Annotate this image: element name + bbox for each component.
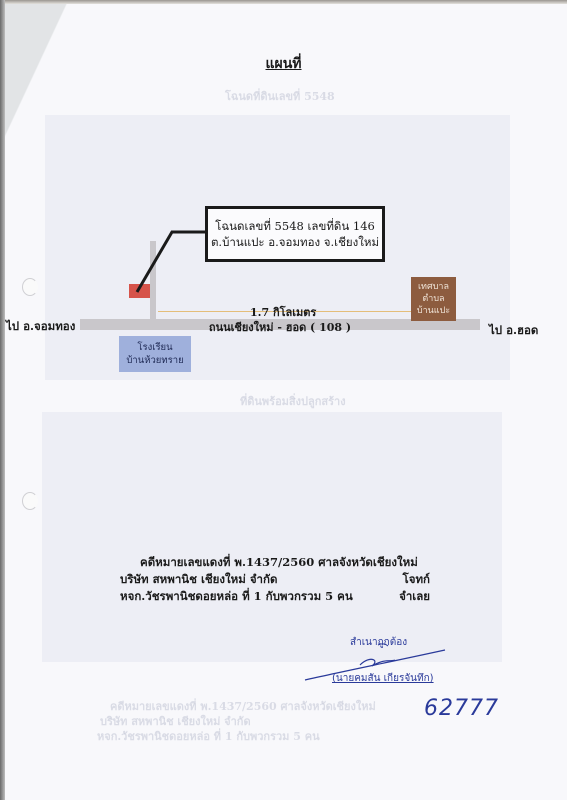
page-top-edge: [0, 0, 567, 4]
bleed-through-text: ที่ดินพร้อมสิ่งปลูกสร้าง: [240, 392, 346, 410]
punch-hole: [22, 278, 38, 296]
case-info: คดีหมายเลขแดงที่ พ.1437/2560 ศาลจังหวัดเ…: [120, 554, 430, 605]
document-page: โฉนดที่ดินเลขที่ 5548 ที่ดินพร้อมสิ่งปลู…: [0, 0, 567, 800]
plaintiff-role: โจทก์: [403, 571, 430, 588]
plaintiff-line: บริษัท สหพานิช เชียงใหม่ จำกัด โจทก์: [120, 571, 430, 588]
defendant-role: จำเลย: [399, 588, 430, 605]
page-title: แผนที่: [0, 53, 567, 75]
signer-name: (นายคมสัน เกียรจันทึก): [332, 671, 434, 686]
municipality-landmark: เทศบาล ตำบล บ้านแปะ: [411, 277, 456, 321]
side-road: [150, 241, 156, 320]
punch-hole: [22, 492, 38, 510]
handwritten-page-number: 62777: [424, 696, 499, 721]
bleed-through-text: โฉนดที่ดินเลขที่ 5548: [225, 87, 335, 105]
municipality-label-line1: เทศบาล: [411, 281, 456, 293]
deed-location: ต.บ้านแปะ อ.จอมทอง จ.เชียงใหม่: [208, 234, 382, 250]
defendant-name: หจก.วัชรพานิชดอยหล่อ ที่ 1 กับพวกรวม 5 ค…: [120, 589, 353, 603]
land-parcel-marker: [129, 284, 150, 298]
school-landmark: โรงเรียน บ้านห้วยทราย: [119, 336, 191, 372]
bleed-through-text: หจก.วัชรพานิชดอยหล่อ ที่ 1 กับพวกรวม 5 ค…: [97, 727, 320, 745]
case-number: คดีหมายเลขแดงที่ พ.1437/2560 ศาลจังหวัดเ…: [120, 554, 430, 571]
school-label-line1: โรงเรียน: [119, 341, 191, 354]
direction-right-label: ไป อ.ฮอด: [489, 322, 538, 340]
distance-label: 1.7 กิโลเมตร: [250, 303, 316, 321]
municipality-label-line2: ตำบล: [411, 293, 456, 305]
bleed-through-photo-bottom: [42, 412, 502, 662]
deed-info-box: โฉนดเลขที่ 5548 เลขที่ดิน 146 ต.บ้านแปะ …: [205, 206, 385, 262]
direction-left-label: ไป อ.จอมทอง: [6, 318, 75, 336]
municipality-label-line3: บ้านแปะ: [411, 305, 456, 317]
school-label-line2: บ้านห้วยทราย: [119, 354, 191, 367]
plaintiff-name: บริษัท สหพานิช เชียงใหม่ จำกัด: [120, 572, 277, 586]
defendant-line: หจก.วัชรพานิชดอยหล่อ ที่ 1 กับพวกรวม 5 ค…: [120, 588, 430, 605]
deed-number: โฉนดเลขที่ 5548 เลขที่ดิน 146: [208, 218, 382, 234]
